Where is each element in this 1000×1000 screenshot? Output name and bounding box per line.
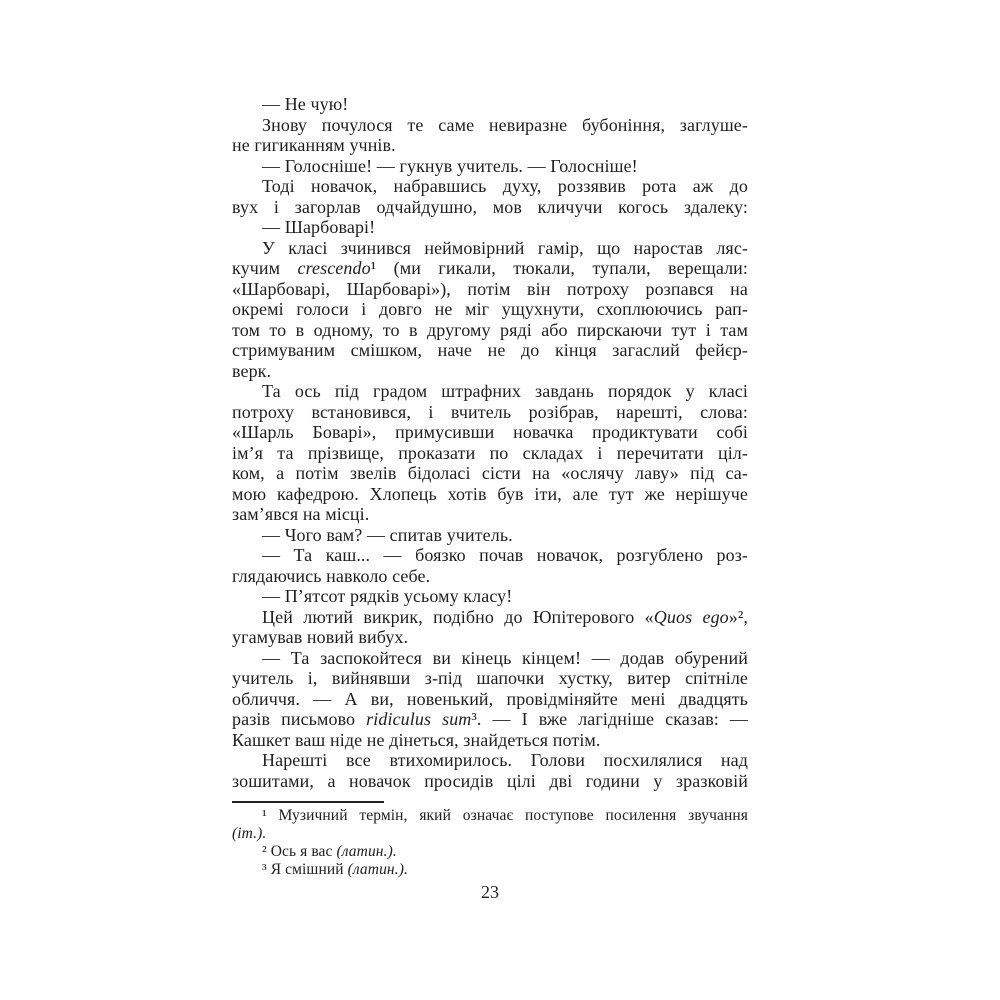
- text-line: — П’ятсот рядків усьому класу!: [232, 586, 748, 607]
- text-line: окремі голоси і довго не міг ущухнути, с…: [232, 299, 748, 320]
- text-line: Нарешті все втихомирилось. Голови посхил…: [232, 750, 748, 771]
- text-line: — Чого вам? — спитав учитель.: [232, 525, 748, 546]
- page-number: 23: [232, 882, 748, 903]
- text-line: Знову почулося те саме невиразне бубонін…: [232, 115, 748, 136]
- text-line: потроху встановився, і вчитель розібрав,…: [232, 402, 748, 423]
- body-text: — Не чую!Знову почулося те саме невиразн…: [232, 94, 748, 791]
- text-line: «Шарль Боварі», примусивши новачка проди…: [232, 422, 748, 443]
- text-line: ² Ось я вас (латин.).: [232, 843, 748, 861]
- text-line: зошитами, а новачок просидів цілі дві го…: [232, 771, 748, 792]
- text-line: угамував новий вибух.: [232, 627, 748, 648]
- text-line: ім’я та прізвище, проказати по складах і…: [232, 443, 748, 464]
- text-line: кучим crescendo¹ (ми гикали, тюкали, туп…: [232, 258, 748, 279]
- text-line: (іт.).: [232, 825, 748, 843]
- text-line: ¹ Музичний термін, який означає поступов…: [232, 807, 748, 825]
- footnote-separator: [232, 801, 384, 803]
- text-line: верк.: [232, 361, 748, 382]
- text-line: не гигиканням учнів.: [232, 135, 748, 156]
- text-line: — Не чую!: [232, 94, 748, 115]
- text-line: вух і загорлав одчайдушно, мов кличучи к…: [232, 197, 748, 218]
- text-line: разів письмово ridiculus sum³. — І вже л…: [232, 709, 748, 730]
- footnotes: ¹ Музичний термін, який означає поступов…: [232, 807, 748, 879]
- text-line: — Та каш... — боязко почав новачок, розг…: [232, 545, 748, 566]
- text-line: мою кафедрою. Хлопець хотів був іти, але…: [232, 484, 748, 505]
- text-line: У класі зчинився неймовірний гамір, що н…: [232, 238, 748, 259]
- text-line: зам’явся на місці.: [232, 504, 748, 525]
- text-line: стримуваним смішком, наче не до кінця за…: [232, 340, 748, 361]
- text-line: Цей лютий викрик, подібно до Юпітерового…: [232, 607, 748, 628]
- text-line: Та ось під градом штрафних завдань поряд…: [232, 381, 748, 402]
- text-line: учитель і, вийнявши з-під шапочки хустку…: [232, 668, 748, 689]
- text-line: — Шарбоварі!: [232, 217, 748, 238]
- text-line: ³ Я смішний (латин.).: [232, 861, 748, 879]
- text-line: Тоді новачок, набравшись духу, роззявив …: [232, 176, 748, 197]
- text-line: «Шарбоварі, Шарбоварі»), потім він потро…: [232, 279, 748, 300]
- text-line: Кашкет ваш ніде не дінеться, знайдеться …: [232, 730, 748, 751]
- text-line: том то в одному, то в другому ряді або п…: [232, 320, 748, 341]
- text-line: — Та заспокойтеся ви кінець кінцем! — до…: [232, 648, 748, 669]
- text-line: глядаючись навколо себе.: [232, 566, 748, 587]
- book-page: — Не чую!Знову почулося те саме невиразн…: [0, 0, 1000, 1000]
- text-line: обличчя. — А ви, новенький, провідміняйт…: [232, 689, 748, 710]
- text-line: — Голосніше! — гукнув учитель. — Голосні…: [232, 156, 748, 177]
- text-line: ком, а потім звелів бідоласі сісти на «о…: [232, 463, 748, 484]
